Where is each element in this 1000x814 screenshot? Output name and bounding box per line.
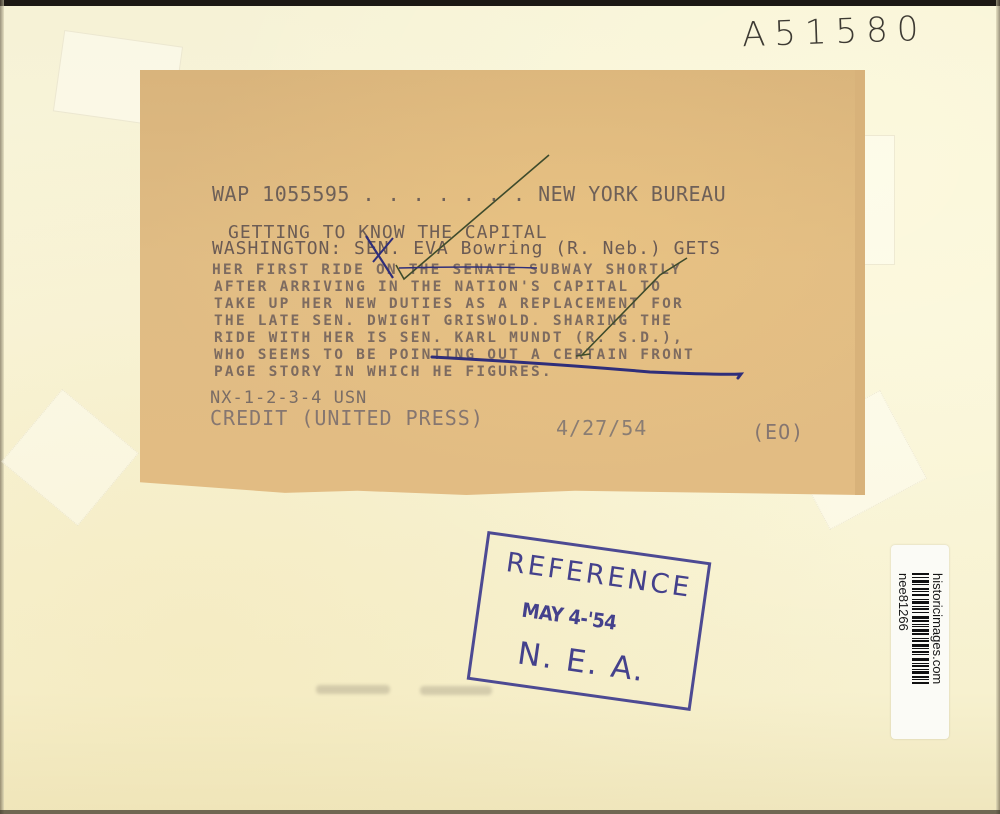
scan-top-edge <box>0 0 1000 6</box>
scan-left-edge <box>0 0 4 814</box>
stamp-organization: N. E. A. <box>515 636 647 690</box>
handwritten-archive-id: A51580 <box>741 9 928 55</box>
routing-code: NX-1-2-3-4 USN <box>210 390 367 407</box>
caption-header: WAP 1055595 . . . . . . . NEW YORK BUREA… <box>212 184 726 204</box>
barcode-icon <box>912 573 929 711</box>
barcode-site-text: historicimages.com <box>930 573 945 684</box>
ink-smudge <box>316 685 390 694</box>
caption-line-3: AFTER ARRIVING IN THE NATION'S CAPITAL T… <box>214 280 662 295</box>
stamp-date: MAY 4-'54 <box>520 598 618 635</box>
reference-stamp: REFERENCE MAY 4-'54 N. E. A. <box>467 531 712 711</box>
caption-slip-edge <box>855 70 865 495</box>
caption-line-7: WHO SEEMS TO BE POINTING OUT A CERTAIN F… <box>214 348 695 363</box>
scan-bottom-edge <box>0 810 1000 814</box>
ink-smudge <box>420 686 492 695</box>
photo-back-scan: A51580 WAP 1055595 . . . . . . . NEW YOR… <box>0 0 1000 814</box>
barcode-code-text: nee81266 <box>896 573 911 631</box>
caption-line-1: WASHINGTON: SEN. EVA Bowring (R. Neb.) G… <box>212 240 721 258</box>
editor-code: (EO) <box>752 422 804 442</box>
caption-line-5: THE LATE SEN. DWIGHT GRISWOLD. SHARING T… <box>214 314 673 329</box>
stamp-title: REFERENCE <box>504 547 694 604</box>
caption-line-2: HER FIRST RIDE ON THE SENATE SUBWAY SHOR… <box>212 263 682 278</box>
caption-line-6: RIDE WITH HER IS SEN. KARL MUNDT (R. S.D… <box>214 331 684 346</box>
barcode-label: historicimages.com nee81266 <box>891 545 949 739</box>
caption-line-8: PAGE STORY IN WHICH HE FIGURES. <box>214 365 553 380</box>
photo-credit: CREDIT (UNITED PRESS) <box>210 408 484 428</box>
caption-line-4: TAKE UP HER NEW DUTIES AS A REPLACEMENT … <box>214 297 684 312</box>
scan-right-edge <box>996 0 1000 814</box>
caption-date: 4/27/54 <box>556 418 647 438</box>
tape-residue-bottom-left <box>1 389 139 526</box>
